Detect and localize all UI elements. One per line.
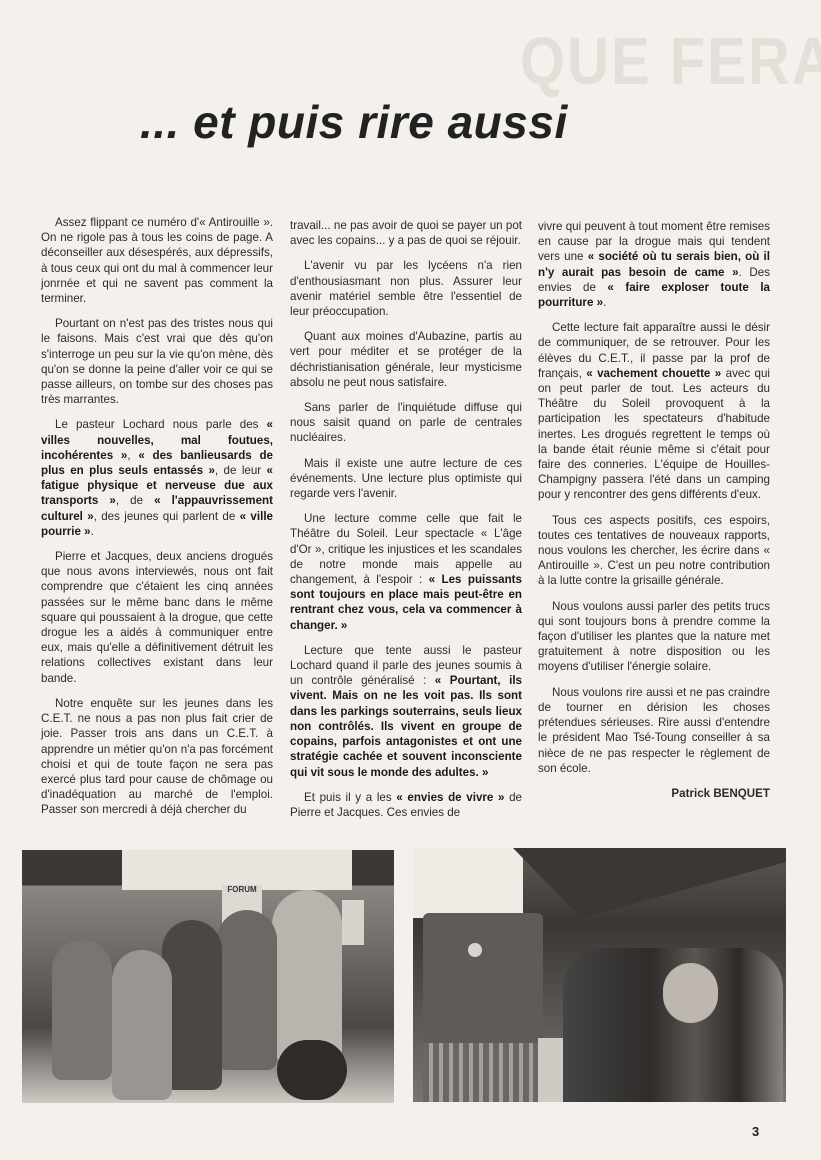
article-title: ... et puis rire aussi — [140, 95, 700, 149]
poster — [342, 900, 364, 945]
paragraph: L'avenir vu par les lycéens n'a rien d'e… — [290, 258, 522, 319]
paragraph: Assez flippant ce numéro d'« Antirouille… — [41, 215, 273, 306]
platform-canopy — [513, 848, 786, 918]
rails — [423, 1043, 543, 1102]
page-number: 3 — [752, 1124, 759, 1139]
banner-lutte — [122, 850, 352, 890]
paragraph: vivre qui peuvent à tout moment être rem… — [538, 219, 770, 310]
paragraph: Et puis il y a les « envies de vivre » d… — [290, 790, 522, 820]
author-signature: Patrick BENQUET — [538, 786, 770, 801]
sky — [413, 848, 523, 918]
paragraph: Tous ces aspects positifs, ces espoirs, … — [538, 513, 770, 589]
photo-teenagers-group: FORUM — [22, 850, 394, 1103]
paragraph: Sans parler de l'inquiétude diffuse qui … — [290, 400, 522, 446]
teen-figure — [217, 910, 277, 1070]
text-column-1: Assez flippant ce numéro d'« Antirouille… — [41, 215, 273, 828]
locomotive — [423, 913, 543, 1043]
paragraph: Lecture que tente aussi le pasteur Locha… — [290, 643, 522, 780]
paragraph: Notre enquête sur les jeunes dans les C.… — [41, 696, 273, 818]
paragraph: travail... ne pas avoir de quoi se payer… — [290, 218, 522, 248]
paragraph: Cette lecture fait apparaître aussi le d… — [538, 320, 770, 502]
teen-figure — [112, 950, 172, 1100]
photo-train-platform — [413, 848, 786, 1102]
paragraph: Le pasteur Lochard nous parle des « vill… — [41, 417, 273, 539]
paragraph: Pourtant on n'est pas des tristes nous q… — [41, 316, 273, 407]
paragraph: Nous voulons rire aussi et ne pas craind… — [538, 685, 770, 776]
teen-figure — [52, 940, 112, 1080]
paragraph: Pierre et Jacques, deux anciens drogués … — [41, 549, 273, 686]
woman-light-hair — [663, 963, 718, 1023]
head-foreground — [277, 1040, 347, 1100]
text-column-2: travail... ne pas avoir de quoi se payer… — [290, 218, 522, 830]
paragraph: Nous voulons aussi parler des petits tru… — [538, 599, 770, 675]
text-column-3: vivre qui peuvent à tout moment être rem… — [538, 219, 770, 811]
ghost-heading-bleedthrough: QUE FERAS-TU PLUS T... — [520, 23, 821, 100]
teen-figure — [272, 890, 342, 1060]
paragraph: Quant aux moines d'Aubazine, partis au v… — [290, 329, 522, 390]
paragraph: Une lecture comme celle que fait le Théâ… — [290, 511, 522, 633]
locomotive-headlight — [468, 943, 482, 957]
paragraph: Mais il existe une autre lecture de ces … — [290, 456, 522, 502]
